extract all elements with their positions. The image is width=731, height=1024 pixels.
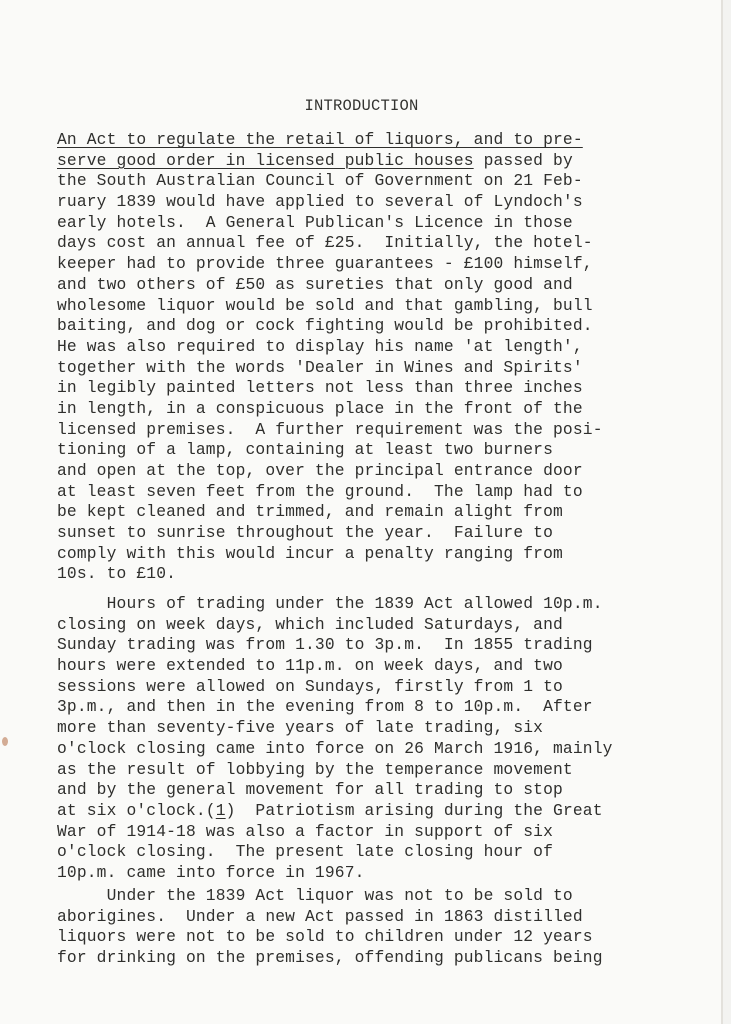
text-line: An Act to regulate the retail of liquors… — [57, 130, 603, 151]
line-text: and open at the top, over the principal … — [57, 461, 583, 480]
line-text: and two others of £50 as sureties that o… — [57, 275, 573, 294]
line-text: comply with this would incur a penalty r… — [57, 544, 563, 563]
line-text: 10p.m. came into force in 1967. — [57, 863, 365, 882]
line-text: Under the 1839 Act liquor was not to be … — [57, 886, 573, 905]
page-title: INTRODUCTION — [0, 97, 723, 115]
text-line: comply with this would incur a penalty r… — [57, 544, 603, 565]
text-line: Sunday trading was from 1.30 to 3p.m. In… — [57, 635, 613, 656]
line-text: early hotels. A General Publican's Licen… — [57, 213, 573, 232]
text-line: Under the 1839 Act liquor was not to be … — [57, 886, 603, 907]
text-line: together with the words 'Dealer in Wines… — [57, 358, 603, 379]
text-line: at least seven feet from the ground. The… — [57, 482, 603, 503]
text-line: aborigines. Under a new Act passed in 18… — [57, 907, 603, 928]
line-text: tioning of a lamp, containing at least t… — [57, 440, 553, 459]
text-line: for drinking on the premises, offending … — [57, 948, 603, 969]
text-line: keeper had to provide three guarantees -… — [57, 254, 603, 275]
text-line: at six o'clock.(1) Patriotism arising du… — [57, 801, 613, 822]
line-text: 10s. to £10. — [57, 564, 176, 583]
text-line: closing on week days, which included Sat… — [57, 615, 613, 636]
paragraph-2: Hours of trading under the 1839 Act allo… — [57, 594, 613, 884]
line-text: ruary 1839 would have applied to several… — [57, 192, 583, 211]
line-text: wholesome liquor would be sold and that … — [57, 296, 593, 315]
line-text: War of 1914-18 was also a factor in supp… — [57, 822, 553, 841]
text-line: liquors were not to be sold to children … — [57, 927, 603, 948]
paragraph-1: An Act to regulate the retail of liquors… — [57, 130, 603, 585]
line-text: passed by — [474, 151, 573, 170]
text-line: serve good order in licensed public hous… — [57, 151, 603, 172]
text-line: wholesome liquor would be sold and that … — [57, 296, 603, 317]
line-text: for drinking on the premises, offending … — [57, 948, 603, 967]
act-title-underlined: An Act to regulate the retail of liquors… — [57, 130, 583, 149]
line-text: He was also required to display his name… — [57, 337, 583, 356]
text-line: early hotels. A General Publican's Licen… — [57, 213, 603, 234]
line-text: in length, in a conspicuous place in the… — [57, 399, 583, 418]
text-line: o'clock closing came into force on 26 Ma… — [57, 739, 613, 760]
text-line: Hours of trading under the 1839 Act allo… — [57, 594, 613, 615]
text-line: more than seventy-five years of late tra… — [57, 718, 613, 739]
line-text: hours were extended to 11p.m. on week da… — [57, 656, 563, 675]
line-text: closing on week days, which included Sat… — [57, 615, 563, 634]
line-text: more than seventy-five years of late tra… — [57, 718, 543, 737]
text-line: and two others of £50 as sureties that o… — [57, 275, 603, 296]
page-stain — [2, 737, 8, 746]
text-line: baiting, and dog or cock fighting would … — [57, 316, 603, 337]
line-text: o'clock closing came into force on 26 Ma… — [57, 739, 613, 758]
text-line: licensed premises. A further requirement… — [57, 420, 603, 441]
text-line: and open at the top, over the principal … — [57, 461, 603, 482]
text-line: sessions were allowed on Sundays, firstl… — [57, 677, 613, 698]
line-text: and by the general movement for all trad… — [57, 780, 563, 799]
text-line: be kept cleaned and trimmed, and remain … — [57, 502, 603, 523]
line-text: sessions were allowed on Sundays, firstl… — [57, 677, 563, 696]
text-line: tioning of a lamp, containing at least t… — [57, 440, 603, 461]
line-text: days cost an annual fee of £25. Initiall… — [57, 233, 593, 252]
line-text: licensed premises. A further requirement… — [57, 420, 603, 439]
text-line: ruary 1839 would have applied to several… — [57, 192, 603, 213]
text-line: as the result of lobbying by the tempera… — [57, 760, 613, 781]
text-line: 10p.m. came into force in 1967. — [57, 863, 613, 884]
text-line: the South Australian Council of Governme… — [57, 171, 603, 192]
line-text: o'clock closing. The present late closin… — [57, 842, 553, 861]
document-page: INTRODUCTION An Act to regulate the reta… — [0, 0, 723, 1024]
line-text: in legibly painted letters not less than… — [57, 378, 583, 397]
text-line: War of 1914-18 was also a factor in supp… — [57, 822, 613, 843]
text-line: o'clock closing. The present late closin… — [57, 842, 613, 863]
line-text: at least seven feet from the ground. The… — [57, 482, 583, 501]
line-text: sunset to sunrise throughout the year. F… — [57, 523, 553, 542]
line-text: Sunday trading was from 1.30 to 3p.m. In… — [57, 635, 593, 654]
text-line: and by the general movement for all trad… — [57, 780, 613, 801]
line-text: the South Australian Council of Governme… — [57, 171, 583, 190]
footnote-reference: 1 — [216, 801, 226, 820]
text-line: hours were extended to 11p.m. on week da… — [57, 656, 613, 677]
line-text: aborigines. Under a new Act passed in 18… — [57, 907, 583, 926]
text-line: in legibly painted letters not less than… — [57, 378, 603, 399]
text-line: 3p.m., and then in the evening from 8 to… — [57, 697, 613, 718]
text-line: days cost an annual fee of £25. Initiall… — [57, 233, 603, 254]
line-text: keeper had to provide three guarantees -… — [57, 254, 593, 273]
line-text: baiting, and dog or cock fighting would … — [57, 316, 593, 335]
paragraph-3: Under the 1839 Act liquor was not to be … — [57, 886, 603, 969]
line-text: be kept cleaned and trimmed, and remain … — [57, 502, 563, 521]
text-line: He was also required to display his name… — [57, 337, 603, 358]
page-edge-shadow — [723, 0, 731, 1024]
line-text: together with the words 'Dealer in Wines… — [57, 358, 583, 377]
line-text: as the result of lobbying by the tempera… — [57, 760, 573, 779]
text-line: sunset to sunrise throughout the year. F… — [57, 523, 603, 544]
text-line: 10s. to £10. — [57, 564, 603, 585]
line-text: liquors were not to be sold to children … — [57, 927, 593, 946]
text-line: in length, in a conspicuous place in the… — [57, 399, 603, 420]
line-text: Hours of trading under the 1839 Act allo… — [57, 594, 603, 613]
line-text: 3p.m., and then in the evening from 8 to… — [57, 697, 593, 716]
act-title-underlined: serve good order in licensed public hous… — [57, 151, 474, 170]
